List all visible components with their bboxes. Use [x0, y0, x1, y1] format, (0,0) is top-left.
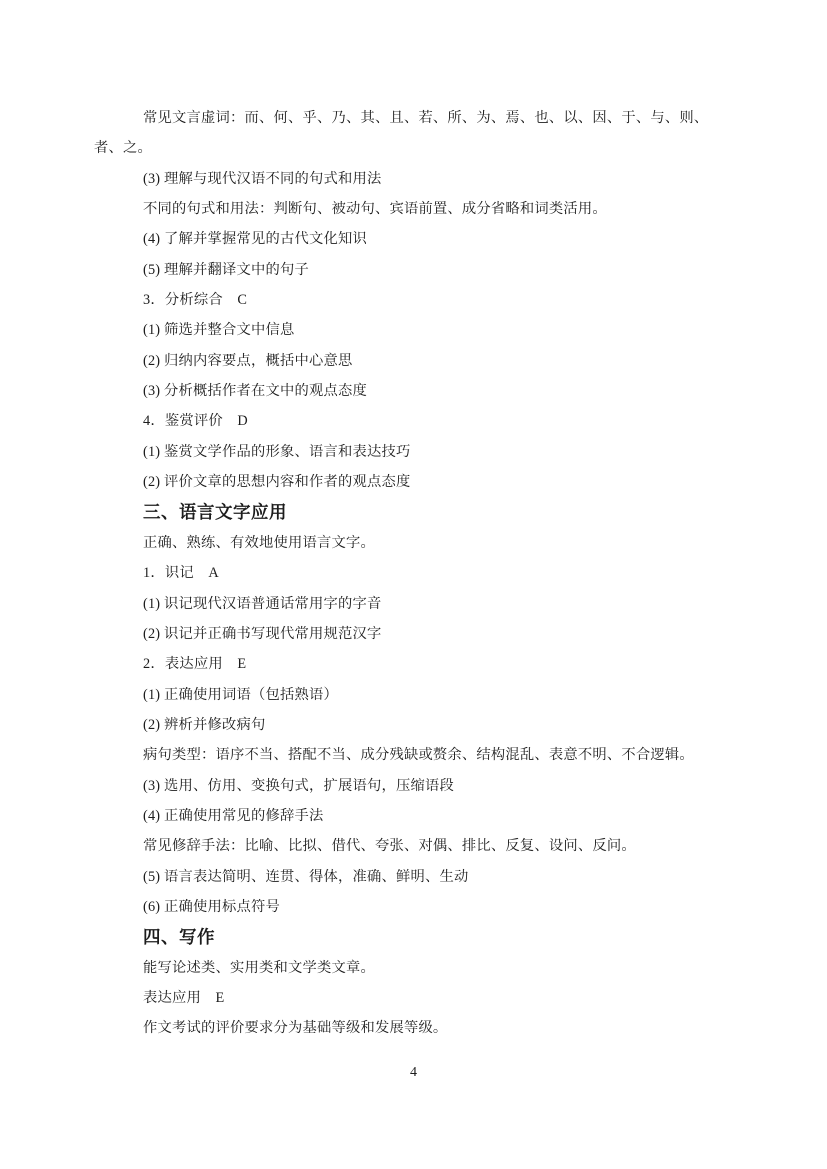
text-line: 1．识记 A: [94, 558, 720, 588]
section-heading: 四、写作: [94, 922, 720, 952]
text-line: (1) 筛选并整合文中信息: [94, 315, 720, 345]
text-line: (2) 评价文章的思想内容和作者的观点态度: [94, 467, 720, 497]
document-page: 常见文言虚词：而、何、乎、乃、其、且、若、所、为、焉、也、以、因、于、与、则、者…: [0, 0, 827, 1169]
text-line: (1) 鉴赏文学作品的形象、语言和表达技巧: [94, 437, 720, 467]
text-line: 者、之。: [94, 133, 720, 163]
text-line: (3) 分析概括作者在文中的观点态度: [94, 376, 720, 406]
text-line: (5) 语言表达简明、连贯、得体，准确、鲜明、生动: [94, 862, 720, 892]
text-line: (6) 正确使用标点符号: [94, 892, 720, 922]
text-line: 表达应用 E: [94, 983, 720, 1013]
text-line: 能写论述类、实用类和文学类文章。: [94, 953, 720, 983]
text-line: (1) 识记现代汉语普通话常用字的字音: [94, 589, 720, 619]
text-line: 不同的句式和用法：判断句、被动句、宾语前置、成分省略和词类活用。: [94, 194, 720, 224]
page-number: 4: [0, 1058, 827, 1088]
text-line: (5) 理解并翻译文中的句子: [94, 255, 720, 285]
text-line: 病句类型：语序不当、搭配不当、成分残缺或赘余、结构混乱、表意不明、不合逻辑。: [94, 740, 720, 770]
text-line: (4) 正确使用常见的修辞手法: [94, 801, 720, 831]
text-line: 作文考试的评价要求分为基础等级和发展等级。: [94, 1013, 720, 1043]
text-line: 常见修辞手法：比喻、比拟、借代、夸张、对偶、排比、反复、设问、反问。: [94, 831, 720, 861]
text-line: 正确、熟练、有效地使用语言文字。: [94, 528, 720, 558]
section-heading: 三、语言文字应用: [94, 497, 720, 527]
text-line: (2) 识记并正确书写现代常用规范汉字: [94, 619, 720, 649]
text-line: (2) 归纳内容要点，概括中心意思: [94, 346, 720, 376]
text-line: (1) 正确使用词语（包括熟语）: [94, 680, 720, 710]
text-line: 3．分析综合 C: [94, 285, 720, 315]
text-line: 4．鉴赏评价 D: [94, 406, 720, 436]
text-line: (2) 辨析并修改病句: [94, 710, 720, 740]
text-line: (4) 了解并掌握常见的古代文化知识: [94, 224, 720, 254]
text-line: 2．表达应用 E: [94, 649, 720, 679]
text-line: (3) 理解与现代汉语不同的句式和用法: [94, 164, 720, 194]
text-line: (3) 选用、仿用、变换句式，扩展语句，压缩语段: [94, 771, 720, 801]
document-body: 常见文言虚词：而、何、乎、乃、其、且、若、所、为、焉、也、以、因、于、与、则、者…: [94, 103, 720, 1044]
text-line: 常见文言虚词：而、何、乎、乃、其、且、若、所、为、焉、也、以、因、于、与、则、: [94, 103, 720, 133]
